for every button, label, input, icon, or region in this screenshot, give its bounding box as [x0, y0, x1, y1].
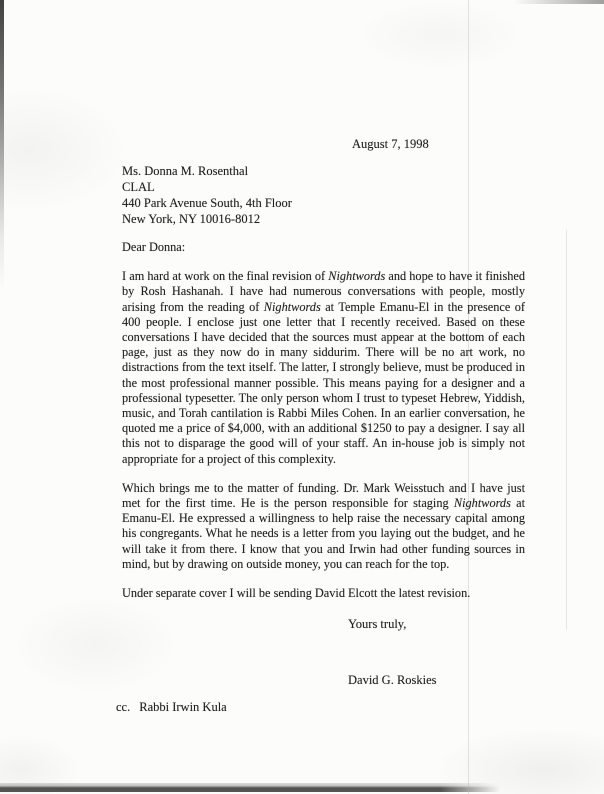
recipient-address-block: Ms. Donna M. Rosenthal CLAL 440 Park Ave… — [122, 164, 292, 228]
scan-artifact-left-edge — [0, 0, 4, 290]
recipient-street: 440 Park Avenue South, 4th Floor — [122, 196, 292, 212]
paragraph-text: at Temple Emanu-El in the presence of 40… — [122, 300, 525, 466]
recipient-organization: CLAL — [122, 180, 292, 196]
signature-name: David G. Roskies — [348, 673, 437, 688]
recipient-name: Ms. Donna M. Rosenthal — [122, 164, 292, 180]
closing: Yours truly, — [348, 617, 406, 632]
paragraph-text: Under separate cover I will be sending D… — [122, 586, 470, 600]
cc-name: Rabbi Irwin Kula — [139, 700, 226, 714]
work-title-italic: Nightwords — [328, 269, 385, 283]
recipient-city-line: New York, NY 10016-8012 — [122, 212, 292, 228]
cc-line: cc.Rabbi Irwin Kula — [116, 700, 227, 715]
cc-label: cc. — [116, 700, 130, 714]
letter-date: August 7, 1998 — [352, 137, 429, 152]
body-paragraph-3: Under separate cover I will be sending D… — [122, 586, 525, 601]
scan-artifact-top-right-edge — [514, 0, 604, 4]
body-paragraph-2: Which brings me to the matter of funding… — [122, 481, 525, 572]
paper-edge-shadow-line — [566, 230, 567, 630]
body-paragraph-1: I am hard at work on the final revision … — [122, 269, 525, 467]
scan-artifact-bottom-edge — [0, 783, 500, 792]
work-title-italic: Nightwords — [454, 496, 511, 510]
scanned-letter-page: August 7, 1998 Ms. Donna M. Rosenthal CL… — [0, 0, 604, 794]
letter-body: Dear Donna: I am hard at work on the fin… — [122, 240, 525, 615]
salutation: Dear Donna: — [122, 240, 525, 255]
work-title-italic: Nightwords — [264, 300, 321, 314]
paragraph-text: I am hard at work on the final revision … — [122, 269, 328, 283]
